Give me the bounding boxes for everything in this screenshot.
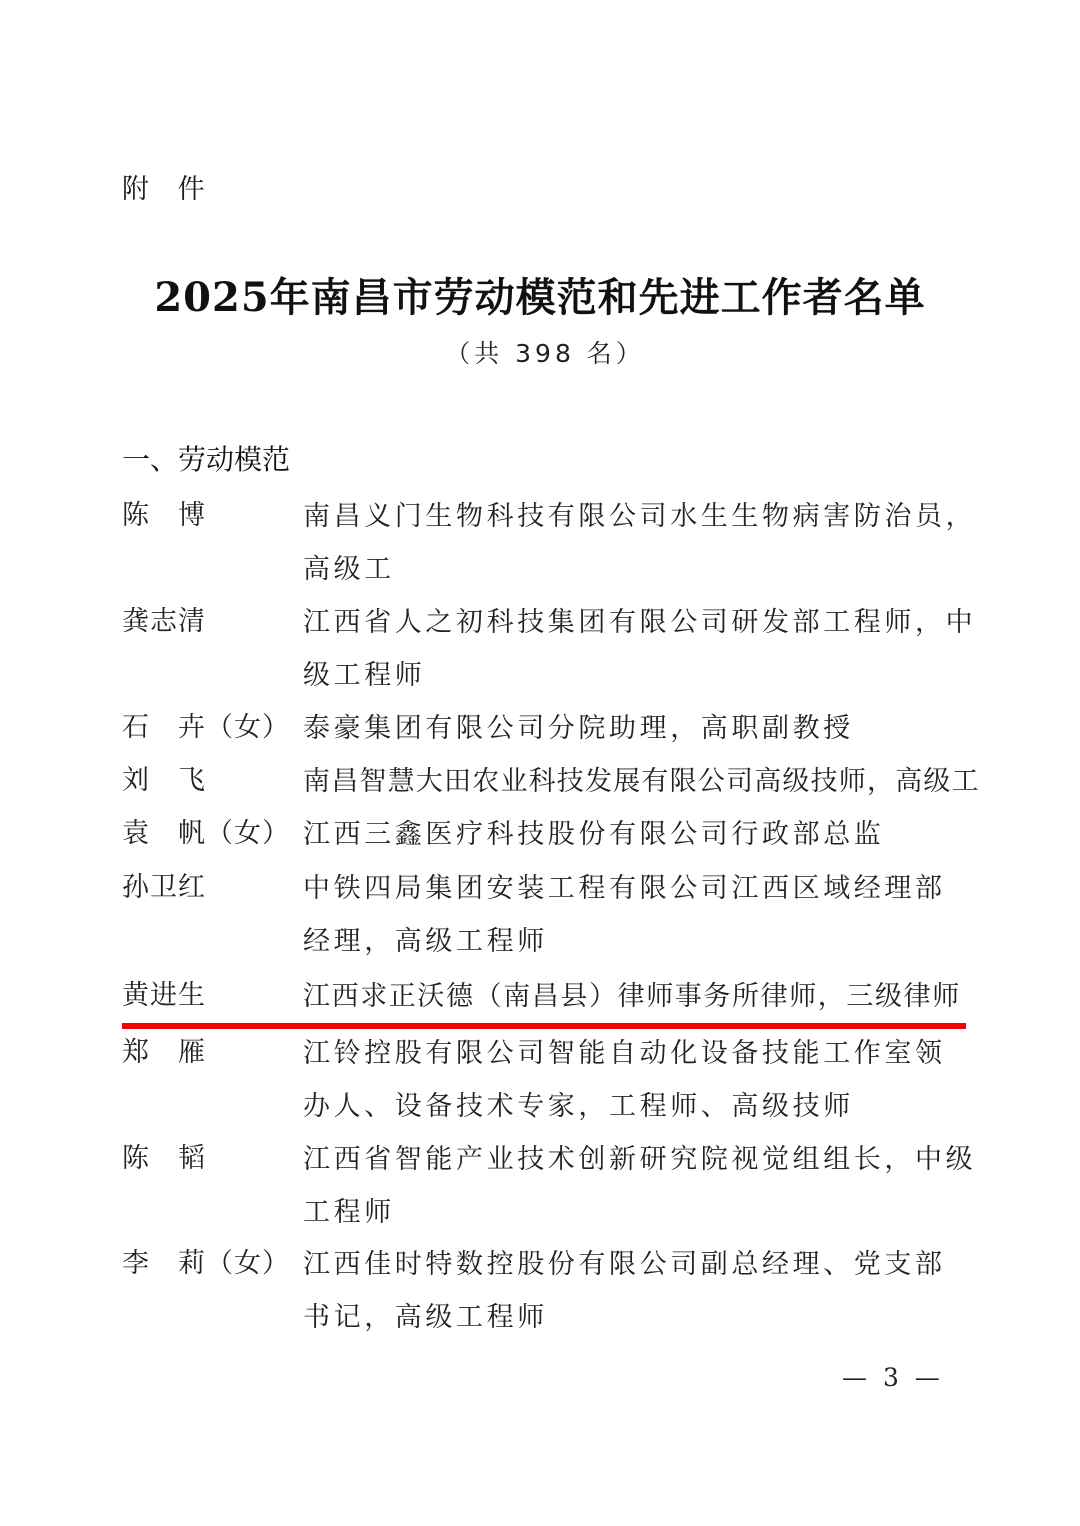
honoree-name: 石 卉（女） <box>122 702 302 754</box>
description-line: 南昌智慧大田农业科技发展有限公司高级技师，高级工 <box>303 755 973 808</box>
honoree-description: 江西三鑫医疗科技股份有限公司行政部总监 <box>303 808 973 861</box>
honoree-description: 江铃控股有限公司智能自动化设备技能工作室领 办人、设备技术专家，工程师、高级技师 <box>303 1027 973 1133</box>
honoree-description: 泰豪集团有限公司分院助理，高职副教授 <box>303 702 973 755</box>
honoree-name: 陈 韬 <box>122 1133 302 1185</box>
description-line: 级工程师 <box>303 649 973 702</box>
honoree-name: 郑 雁 <box>122 1027 302 1079</box>
honoree-description: 中铁四局集团安装工程有限公司江西区域经理部 经理，高级工程师 <box>303 862 973 968</box>
attachment-label: 附 件 <box>122 170 215 210</box>
honoree-description: 江西省智能产业技术创新研究院视觉组组长，中级 工程师 <box>303 1133 973 1239</box>
honoree-description: 江西求正沃德（南昌县）律师事务所律师，三级律师 <box>303 970 973 1023</box>
document-page: 附 件 2025年南昌市劳动模范和先进工作者名单 （共 398 名） 一、劳动模… <box>0 0 1080 1526</box>
honoree-description: 南昌智慧大田农业科技发展有限公司高级技师，高级工 <box>303 755 973 808</box>
description-line: 泰豪集团有限公司分院助理，高职副教授 <box>303 702 973 755</box>
section-heading-labor-models: 一、劳动模范 <box>122 440 290 480</box>
honoree-name: 李 莉（女） <box>122 1238 302 1290</box>
description-line: 江西省人之初科技集团有限公司研发部工程师，中 <box>303 596 973 649</box>
description-line: 江铃控股有限公司智能自动化设备技能工作室领 <box>303 1027 973 1080</box>
description-line: 中铁四局集团安装工程有限公司江西区域经理部 <box>303 862 973 915</box>
honoree-name: 陈 博 <box>122 490 302 542</box>
description-line: 书记，高级工程师 <box>303 1291 973 1344</box>
honoree-name: 袁 帆（女） <box>122 808 302 860</box>
honoree-description: 江西省人之初科技集团有限公司研发部工程师，中 级工程师 <box>303 596 973 702</box>
description-line: 办人、设备技术专家，工程师、高级技师 <box>303 1080 973 1133</box>
description-line: 江西三鑫医疗科技股份有限公司行政部总监 <box>303 808 973 861</box>
description-line: 南昌义门生物科技有限公司水生生物病害防治员， <box>303 490 973 543</box>
honoree-name: 刘 飞 <box>122 755 302 807</box>
description-line: 经理，高级工程师 <box>303 915 973 968</box>
description-line: 江西省智能产业技术创新研究院视觉组组长，中级 <box>303 1133 973 1186</box>
document-title: 2025年南昌市劳动模范和先进工作者名单 <box>0 270 1080 326</box>
page-number: — 3 — <box>842 1360 944 1396</box>
honoree-description: 江西佳时特数控股份有限公司副总经理、党支部 书记，高级工程师 <box>303 1238 973 1344</box>
description-line: 高级工 <box>303 543 973 596</box>
honoree-name: 孙卫红 <box>122 862 302 914</box>
honoree-name: 黄进生 <box>122 970 302 1022</box>
honoree-description: 南昌义门生物科技有限公司水生生物病害防治员， 高级工 <box>303 490 973 596</box>
description-line: 工程师 <box>303 1186 973 1239</box>
document-subtitle: （共 398 名） <box>0 334 1080 374</box>
description-line: 江西佳时特数控股份有限公司副总经理、党支部 <box>303 1238 973 1291</box>
description-line: 江西求正沃德（南昌县）律师事务所律师，三级律师 <box>303 970 973 1023</box>
honoree-name: 龚志清 <box>122 596 302 648</box>
